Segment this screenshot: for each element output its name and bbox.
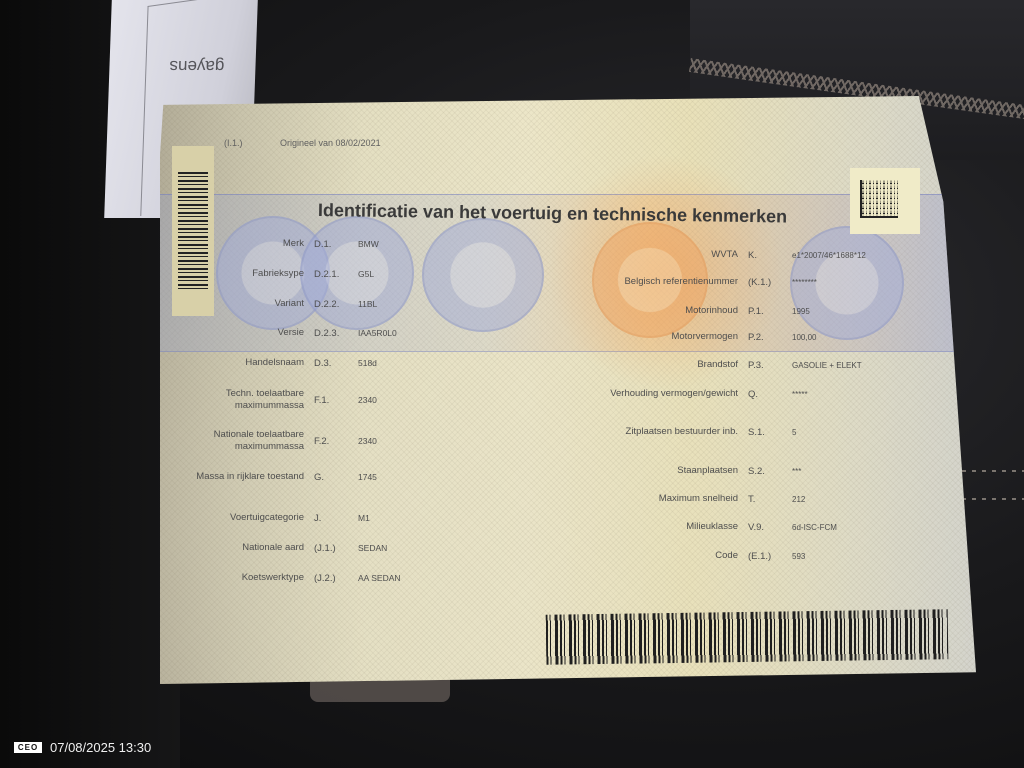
field-row: StaanplaatsenS.2.*** xyxy=(578,465,912,477)
field-row: Maximum snelheidT.212 xyxy=(578,493,912,505)
ceo-logo-icon: CEO xyxy=(14,742,42,753)
field-label: Staanplaatsen xyxy=(578,465,738,477)
field-row: Zitplaatsen bestuurder inb.S.1.5 xyxy=(578,426,912,438)
field-row: Techn. toelaatbare maximummassaF.1.2340 xyxy=(184,388,458,412)
timestamp: 07/08/2025 13:30 xyxy=(50,740,151,755)
field-value: BMW xyxy=(358,239,458,249)
field-row: VersieD.2.3.IAA5R0L0 xyxy=(184,327,458,339)
field-label: Nationale toelaatbare maximummassa xyxy=(184,429,304,453)
reference-code: (I.1.) xyxy=(224,138,243,148)
field-value: SEDAN xyxy=(358,543,458,553)
field-code: (K.1.) xyxy=(738,277,792,288)
field-value: 5 xyxy=(792,428,912,437)
field-label: Brandstof xyxy=(578,359,738,371)
field-code: F.1. xyxy=(304,395,358,406)
field-value: *** xyxy=(792,467,912,476)
field-code: (E.1.) xyxy=(738,551,792,562)
field-value: 518d xyxy=(358,358,458,368)
field-label: Voertuigcategorie xyxy=(184,512,304,524)
field-code: D.1. xyxy=(304,239,358,250)
field-value: 593 xyxy=(792,552,912,561)
field-value: 212 xyxy=(792,495,912,504)
field-label: Massa in rijklare toestand xyxy=(184,471,304,483)
registration-certificate: (I.1.) Origineel van 08/02/2021 Identifi… xyxy=(160,96,976,684)
field-row: FabrieksypeD.2.1.G5L xyxy=(184,268,458,280)
field-code: S.2. xyxy=(738,466,792,477)
field-row: BrandstofP.3.GASOLIE + ELEKT xyxy=(578,359,912,371)
field-row: MotorinhoudP.1.1995 xyxy=(578,305,912,317)
field-label: Code xyxy=(578,550,738,562)
field-code: S.1. xyxy=(738,427,792,438)
field-value: ******** xyxy=(792,278,912,287)
field-label: WVTA xyxy=(578,249,738,261)
field-value: 1995 xyxy=(792,307,912,316)
field-value: GASOLIE + ELEKT xyxy=(792,361,912,370)
field-label: Maximum snelheid xyxy=(578,493,738,505)
field-label: Techn. toelaatbare maximummassa xyxy=(184,388,304,412)
seat-stitching-right xyxy=(962,498,1024,500)
field-code: D.2.2. xyxy=(304,299,358,310)
qr-code-icon xyxy=(860,180,898,218)
field-label: Fabrieksype xyxy=(184,268,304,280)
field-value: 2340 xyxy=(358,436,458,446)
field-label: Versie xyxy=(184,327,304,339)
field-code: P.1. xyxy=(738,306,792,317)
field-row: MerkD.1.BMW xyxy=(184,238,458,250)
field-value: 2340 xyxy=(358,395,458,405)
field-row: Nationale aard(J.1.)SEDAN xyxy=(184,542,458,554)
field-code: D.2.3. xyxy=(304,328,358,339)
vertical-barcode xyxy=(172,146,214,316)
field-label: Verhouding vermogen/gewicht xyxy=(578,388,738,400)
field-code: D.2.1. xyxy=(304,269,358,280)
field-code: (J.2.) xyxy=(304,573,358,584)
field-code: G. xyxy=(304,472,358,483)
field-value: G5L xyxy=(358,269,458,279)
field-code: F.2. xyxy=(304,436,358,447)
field-code: P.2. xyxy=(738,332,792,343)
field-row: Code(E.1.)593 xyxy=(578,550,912,562)
field-value: M1 xyxy=(358,513,458,523)
field-value: ***** xyxy=(792,390,912,399)
field-label: Variant xyxy=(184,298,304,310)
field-code: P.3. xyxy=(738,360,792,371)
field-label: Belgisch referentienummer xyxy=(578,276,738,288)
photo-watermark: CEO 07/08/2025 13:30 xyxy=(14,740,151,755)
field-row: WVTAK.e1*2007/46*1688*12 xyxy=(578,249,912,261)
field-row: HandelsnaamD.3.518d xyxy=(184,357,458,369)
paper-border xyxy=(140,6,148,216)
field-label: Motorvermogen xyxy=(578,331,738,343)
paper-text: gayens xyxy=(169,56,225,76)
field-value: 100,00 xyxy=(792,333,912,342)
field-value: 1745 xyxy=(358,472,458,482)
field-value: 6d-ISC-FCM xyxy=(792,523,912,532)
field-row: Verhouding vermogen/gewichtQ.***** xyxy=(578,388,912,400)
field-label: Handelsnaam xyxy=(184,357,304,369)
field-code: K. xyxy=(738,250,792,261)
field-label: Nationale aard xyxy=(184,542,304,554)
field-row: Koetswerktype(J.2.)AA SEDAN xyxy=(184,572,458,584)
field-label: Koetswerktype xyxy=(184,572,304,584)
horizontal-barcode xyxy=(546,609,949,665)
field-value: IAA5R0L0 xyxy=(358,328,458,338)
field-code: V.9. xyxy=(738,522,792,533)
field-code: T. xyxy=(738,494,792,505)
field-row: MilieuklasseV.9.6d-ISC-FCM xyxy=(578,521,912,533)
seat-stitching-right xyxy=(962,470,1024,472)
field-row: MotorvermogenP.2.100,00 xyxy=(578,331,912,343)
field-value: AA SEDAN xyxy=(358,573,458,583)
field-label: Merk xyxy=(184,238,304,250)
field-row: Nationale toelaatbare maximummassaF.2.23… xyxy=(184,429,458,453)
field-value: 11BL xyxy=(358,299,458,309)
datamatrix-code xyxy=(850,168,920,234)
paper-border xyxy=(148,0,208,7)
field-value: e1*2007/46*1688*12 xyxy=(792,251,912,260)
field-row: Belgisch referentienummer(K.1.)******** xyxy=(578,276,912,288)
field-row: VoertuigcategorieJ.M1 xyxy=(184,512,458,524)
field-row: Massa in rijklare toestandG.1745 xyxy=(184,471,458,483)
field-row: VariantD.2.2.11BL xyxy=(184,298,458,310)
field-code: Q. xyxy=(738,389,792,400)
field-code: (J.1.) xyxy=(304,543,358,554)
field-code: J. xyxy=(304,513,358,524)
field-code: D.3. xyxy=(304,358,358,369)
field-label: Milieuklasse xyxy=(578,521,738,533)
original-date: Origineel van 08/02/2021 xyxy=(280,138,381,148)
field-label: Zitplaatsen bestuurder inb. xyxy=(578,426,738,438)
field-label: Motorinhoud xyxy=(578,305,738,317)
